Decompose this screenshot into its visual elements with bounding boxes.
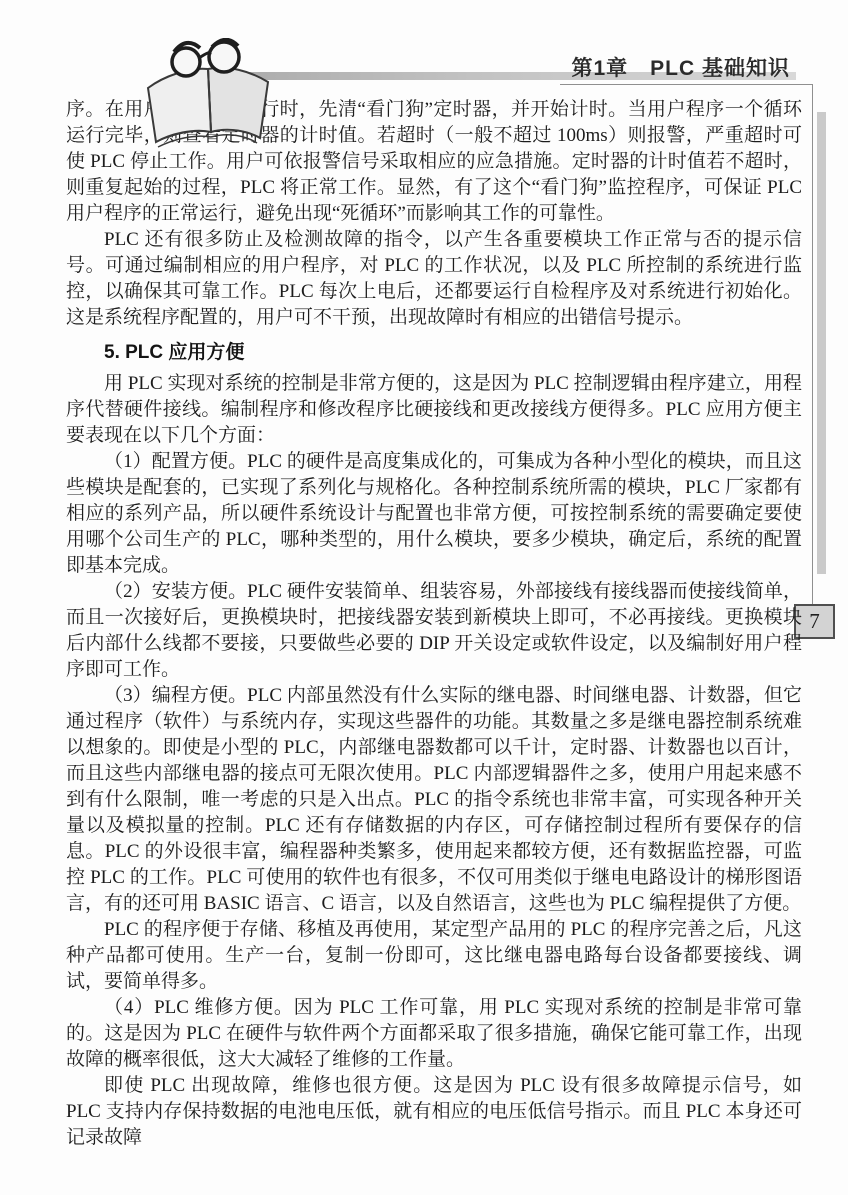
paragraph-installation-convenience: （2）安装方便。PLC 硬件安装简单、组装容易，外部接线有接线器而使接线简单，而… (66, 579, 802, 683)
paragraph-maintenance-convenience: （4）PLC 维修方便。因为 PLC 工作可靠，用 PLC 实现对系统的控制是非… (66, 995, 802, 1073)
section-heading: 5. PLC 应用方便 (66, 340, 802, 366)
page-number: 7 (809, 609, 820, 634)
scanned-book-page: 第1章 PLC 基础知识 7 序。在用户程序开始运行时，先清“看门狗”定时器，并… (0, 0, 848, 1195)
page-edge-shadow (817, 112, 826, 574)
paragraph-convenience-intro: 用 PLC 实现对系统的控制是非常方便的，这是因为 PLC 控制逻辑由程序建立，… (66, 371, 802, 449)
paragraph-fault-detection: PLC 还有很多防止及检测故障的指令，以产生各重要模块工作正常与否的提示信号。可… (66, 227, 802, 331)
page-frame-top-line (560, 84, 813, 85)
paragraph-fault-indication: 即使 PLC 出现故障，维修也很方便。这是因为 PLC 设有很多故障提示信号，如… (66, 1073, 802, 1151)
paragraph-programming-convenience: （3）编程方便。PLC 内部虽然没有什么实际的继电器、时间继电器、计数器，但它通… (66, 683, 802, 917)
page-frame-right-line (812, 84, 813, 604)
chapter-title: 第1章 PLC 基础知识 (571, 52, 790, 82)
book-glasses-icon (134, 38, 286, 156)
paragraph-program-reuse: PLC 的程序便于存储、移植及再使用，某定型产品用的 PLC 的程序完善之后，凡… (66, 917, 802, 995)
paragraph-configuration-convenience: （1）配置方便。PLC 的硬件是高度集成化的，可集成为各种小型化的模块，而且这些… (66, 449, 802, 579)
body-text: 序。在用户程序开始运行时，先清“看门狗”定时器，并开始计时。当用户程序一个循环运… (66, 97, 802, 1151)
